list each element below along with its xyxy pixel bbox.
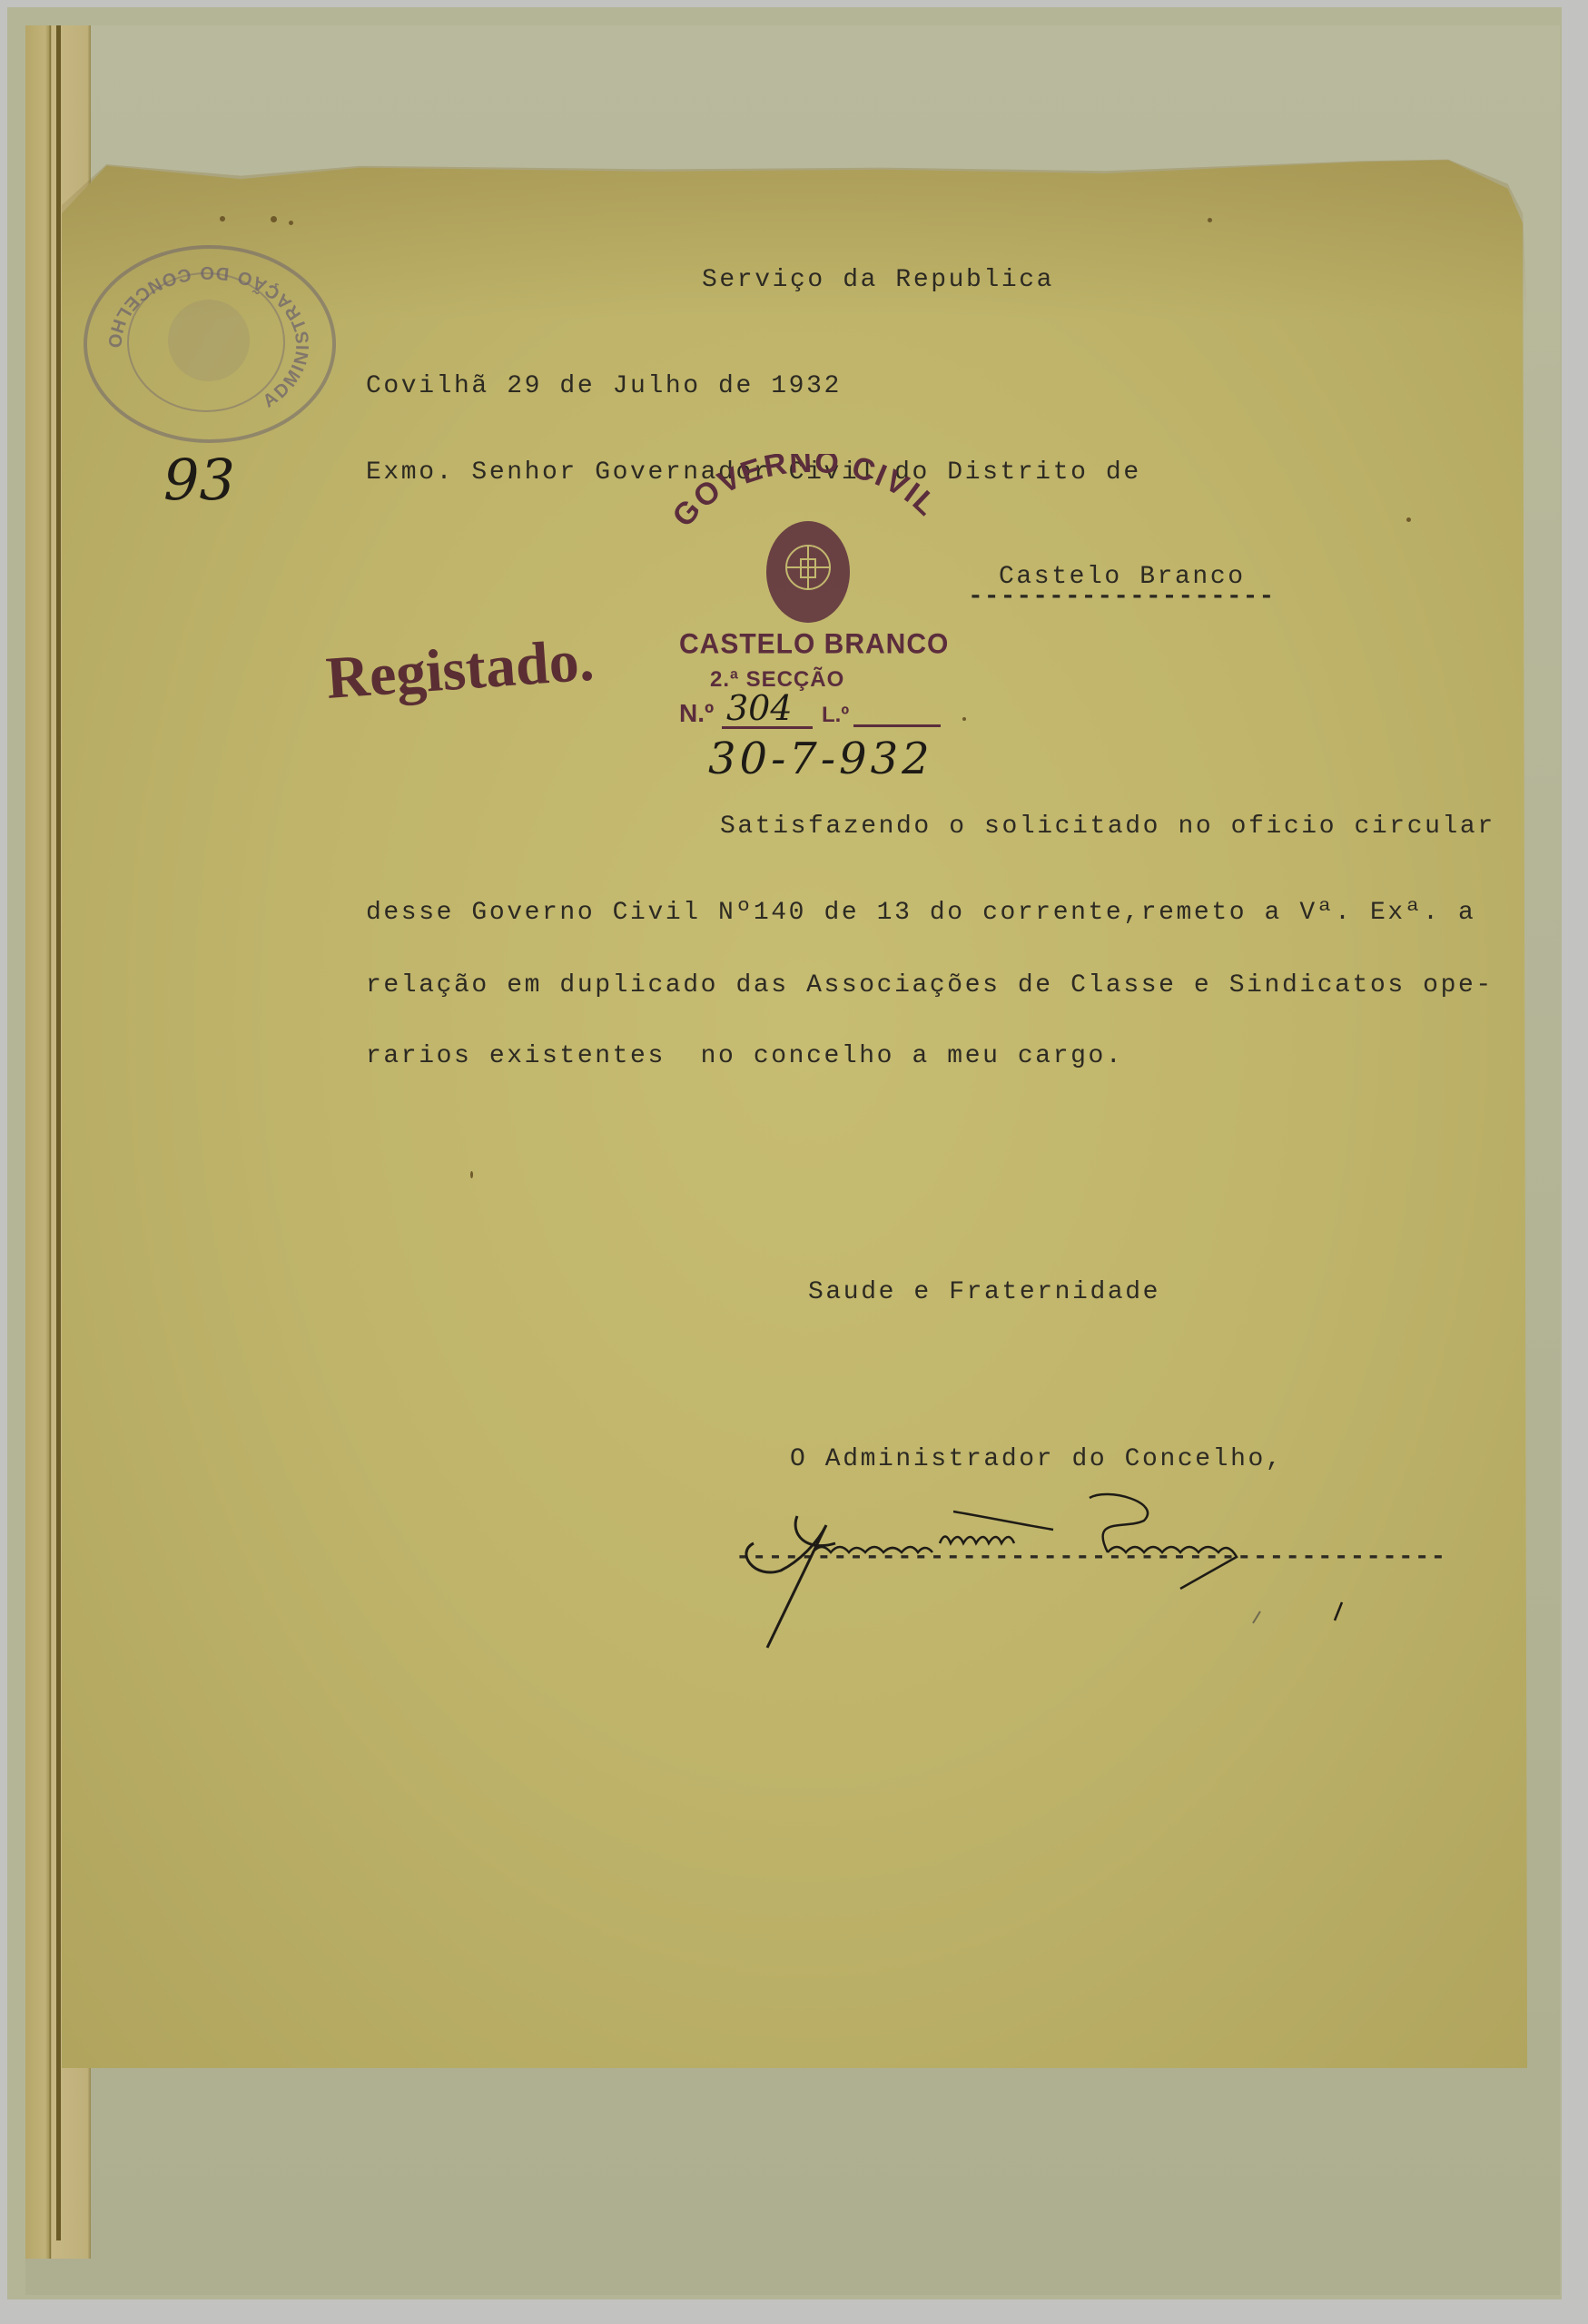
folio-number: 93 (163, 447, 235, 513)
body-line-3: relação em duplicado das Associações de … (366, 971, 1494, 1000)
stamp-book-underline (853, 724, 941, 727)
body-line-2: desse Governo Civil Nº140 de 13 do corre… (366, 899, 1475, 927)
binding-edge-line (56, 25, 61, 2240)
stamp-book-label: L.º (822, 703, 849, 728)
stamp-number-value: 304 (726, 688, 793, 728)
body-line-1: Satisfazendo o solicitado no oficio circ… (720, 812, 1495, 841)
ink-speck (1208, 218, 1212, 222)
ink-speck (470, 1171, 473, 1178)
ink-speck (271, 216, 277, 222)
district-underline: ------------------- (968, 583, 1275, 611)
closing-salutation: Saude e Fraternidade (808, 1278, 1160, 1306)
stamp-number-underline (722, 726, 813, 729)
municipal-seal-text: ADMINISTRAÇÃO DO CONCELHO DE COVILHÃ (82, 245, 336, 445)
ink-speck (289, 221, 293, 225)
place-date: Covilhã 29 de Julho de 1932 (366, 372, 842, 400)
ink-speck (220, 216, 225, 222)
signatory-title: O Administrador do Concelho, (790, 1445, 1283, 1473)
coat-of-arms-icon (766, 521, 850, 623)
body-line-4: rarios existentes no concelho a meu carg… (366, 1042, 1123, 1070)
stamp-city: CASTELO BRANCO (679, 628, 949, 661)
ink-speck (962, 717, 966, 721)
stamp-received-date: 30-7-932 (708, 734, 933, 784)
header-line: Serviço da Republica (702, 266, 1054, 294)
ink-speck (1406, 517, 1411, 522)
handwritten-signature (726, 1489, 1398, 1652)
stamp-number-label: N.º (679, 699, 714, 728)
